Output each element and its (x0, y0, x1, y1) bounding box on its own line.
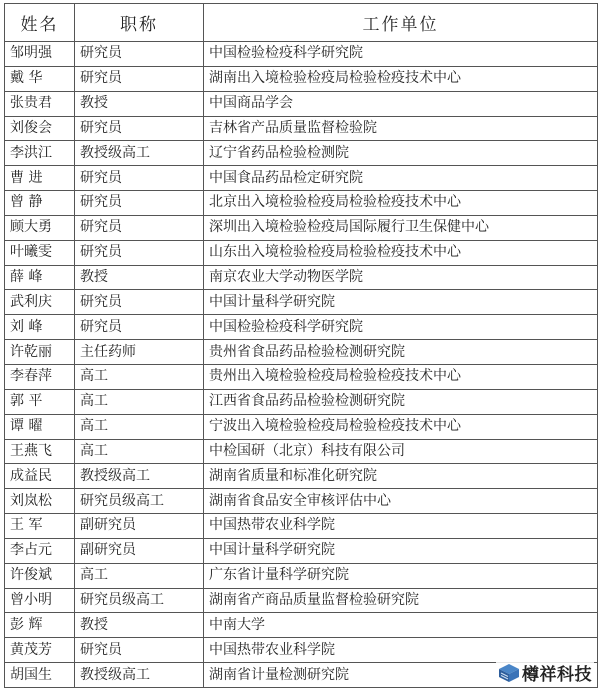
cell-name: 成益民 (5, 464, 75, 489)
table-row: 邹明强研究员中国检验检疫科学研究院 (5, 42, 598, 67)
table-row: 薛 峰教授南京农业大学动物医学院 (5, 265, 598, 290)
cell-unit: 湖南省质量和标准化研究院 (204, 464, 598, 489)
table-row: 戴 华研究员湖南出入境检验检疫局检验检疫技术中心 (5, 66, 598, 91)
table-row: 曹 进研究员中国食品药品检定研究院 (5, 166, 598, 191)
cell-unit: 辽宁省药品检验检测院 (204, 141, 598, 166)
cell-unit: 中国食品药品检定研究院 (204, 166, 598, 191)
cell-name: 薛 峰 (5, 265, 75, 290)
cell-title: 研究员 (75, 315, 204, 340)
cell-name: 顾大勇 (5, 215, 75, 240)
cube-logo-icon (498, 663, 520, 683)
cell-unit: 山东出入境检验检疫局检验检疫技术中心 (204, 240, 598, 265)
cell-name: 曹 进 (5, 166, 75, 191)
cell-name: 黄茂芳 (5, 638, 75, 663)
column-header-title: 职称 (75, 4, 204, 42)
table-row: 许乾丽主任药师贵州省食品药品检验检测研究院 (5, 340, 598, 365)
cell-unit: 北京出入境检验检疫局检验检疫技术中心 (204, 191, 598, 216)
table-row: 成益民教授级高工湖南省质量和标准化研究院 (5, 464, 598, 489)
cell-name: 谭 曜 (5, 414, 75, 439)
cell-name: 王 军 (5, 514, 75, 539)
cell-title: 研究员级高工 (75, 489, 204, 514)
cell-name: 胡国生 (5, 663, 75, 688)
cell-title: 高工 (75, 389, 204, 414)
cell-title: 副研究员 (75, 514, 204, 539)
cell-unit: 江西省食品药品检验检测研究院 (204, 389, 598, 414)
cell-name: 邹明强 (5, 42, 75, 67)
cell-title: 教授 (75, 265, 204, 290)
watermark-brand-text: 樽祥科技 (522, 660, 592, 685)
table-row: 谭 曜高工宁波出入境检验检疫局检验检疫技术中心 (5, 414, 598, 439)
cell-name: 戴 华 (5, 66, 75, 91)
table-row: 王燕飞高工中检国研（北京）科技有限公司 (5, 439, 598, 464)
table-body: 邹明强研究员中国检验检疫科学研究院戴 华研究员湖南出入境检验检疫局检验检疫技术中… (5, 42, 598, 688)
cell-name: 李洪江 (5, 141, 75, 166)
cell-unit: 贵州出入境检验检疫局检验检疫技术中心 (204, 364, 598, 389)
cell-title: 研究员 (75, 240, 204, 265)
table-row: 张贵君教授中国商品学会 (5, 91, 598, 116)
table-row: 郭 平高工江西省食品药品检验检测研究院 (5, 389, 598, 414)
cell-title: 教授 (75, 91, 204, 116)
cell-title: 研究员 (75, 66, 204, 91)
table-row: 许俊斌高工广东省计量科学研究院 (5, 563, 598, 588)
cell-unit: 湖南省产商品质量监督检验研究院 (204, 588, 598, 613)
cell-title: 教授 (75, 613, 204, 638)
table-row: 顾大勇研究员深圳出入境检验检疫局国际履行卫生保健中心 (5, 215, 598, 240)
cell-unit: 宁波出入境检验检疫局检验检疫技术中心 (204, 414, 598, 439)
cell-unit: 中国检验检疫科学研究院 (204, 42, 598, 67)
cell-title: 高工 (75, 439, 204, 464)
cell-name: 彭 辉 (5, 613, 75, 638)
cell-name: 许乾丽 (5, 340, 75, 365)
table-row: 李占元副研究员中国计量科学研究院 (5, 538, 598, 563)
cell-title: 教授级高工 (75, 141, 204, 166)
cell-unit: 中南大学 (204, 613, 598, 638)
cell-title: 研究员级高工 (75, 588, 204, 613)
cell-unit: 湖南出入境检验检疫局检验检疫技术中心 (204, 66, 598, 91)
cell-name: 刘 峰 (5, 315, 75, 340)
cell-unit: 湖南省食品安全审核评估中心 (204, 489, 598, 514)
cell-title: 高工 (75, 563, 204, 588)
column-header-name: 姓名 (5, 4, 75, 42)
cell-title: 高工 (75, 414, 204, 439)
cell-name: 李春萍 (5, 364, 75, 389)
cell-title: 研究员 (75, 116, 204, 141)
cell-title: 教授级高工 (75, 464, 204, 489)
cell-title: 高工 (75, 364, 204, 389)
table-row: 彭 辉教授中南大学 (5, 613, 598, 638)
table-row: 刘俊会研究员吉林省产品质量监督检验院 (5, 116, 598, 141)
cell-unit: 中国热带农业科学院 (204, 514, 598, 539)
cell-title: 主任药师 (75, 340, 204, 365)
cell-name: 许俊斌 (5, 563, 75, 588)
cell-name: 曾 静 (5, 191, 75, 216)
cell-name: 王燕飞 (5, 439, 75, 464)
cell-name: 郭 平 (5, 389, 75, 414)
cell-name: 叶曦雯 (5, 240, 75, 265)
cell-name: 武利庆 (5, 290, 75, 315)
cell-title: 研究员 (75, 290, 204, 315)
cell-unit: 吉林省产品质量监督检验院 (204, 116, 598, 141)
column-header-unit: 工作单位 (204, 4, 598, 42)
cell-name: 李占元 (5, 538, 75, 563)
cell-title: 研究员 (75, 166, 204, 191)
cell-title: 研究员 (75, 191, 204, 216)
cell-unit: 深圳出入境检验检疫局国际履行卫生保健中心 (204, 215, 598, 240)
cell-unit: 中国商品学会 (204, 91, 598, 116)
cell-title: 副研究员 (75, 538, 204, 563)
expert-table-container: 姓名 职称 工作单位 邹明强研究员中国检验检疫科学研究院戴 华研究员湖南出入境检… (4, 3, 597, 688)
watermark: 樽祥科技 (496, 659, 594, 686)
table-row: 李洪江教授级高工辽宁省药品检验检测院 (5, 141, 598, 166)
cell-unit: 南京农业大学动物医学院 (204, 265, 598, 290)
table-row: 刘岚松研究员级高工湖南省食品安全审核评估中心 (5, 489, 598, 514)
cell-title: 研究员 (75, 42, 204, 67)
table-row: 武利庆研究员中国计量科学研究院 (5, 290, 598, 315)
cell-unit: 贵州省食品药品检验检测研究院 (204, 340, 598, 365)
table-header-row: 姓名 职称 工作单位 (5, 4, 598, 42)
cell-unit: 中国计量科学研究院 (204, 290, 598, 315)
cell-title: 教授级高工 (75, 663, 204, 688)
table-row: 王 军副研究员中国热带农业科学院 (5, 514, 598, 539)
cell-unit: 中国计量科学研究院 (204, 538, 598, 563)
cell-name: 刘俊会 (5, 116, 75, 141)
cell-title: 研究员 (75, 638, 204, 663)
table-row: 曾 静研究员北京出入境检验检疫局检验检疫技术中心 (5, 191, 598, 216)
cell-name: 张贵君 (5, 91, 75, 116)
cell-unit: 中检国研（北京）科技有限公司 (204, 439, 598, 464)
table-row: 叶曦雯研究员山东出入境检验检疫局检验检疫技术中心 (5, 240, 598, 265)
cell-name: 刘岚松 (5, 489, 75, 514)
cell-name: 曾小明 (5, 588, 75, 613)
expert-table: 姓名 职称 工作单位 邹明强研究员中国检验检疫科学研究院戴 华研究员湖南出入境检… (4, 3, 598, 688)
cell-unit: 广东省计量科学研究院 (204, 563, 598, 588)
table-row: 李春萍高工贵州出入境检验检疫局检验检疫技术中心 (5, 364, 598, 389)
table-row: 曾小明研究员级高工湖南省产商品质量监督检验研究院 (5, 588, 598, 613)
cell-title: 研究员 (75, 215, 204, 240)
table-row: 刘 峰研究员中国检验检疫科学研究院 (5, 315, 598, 340)
cell-unit: 中国检验检疫科学研究院 (204, 315, 598, 340)
